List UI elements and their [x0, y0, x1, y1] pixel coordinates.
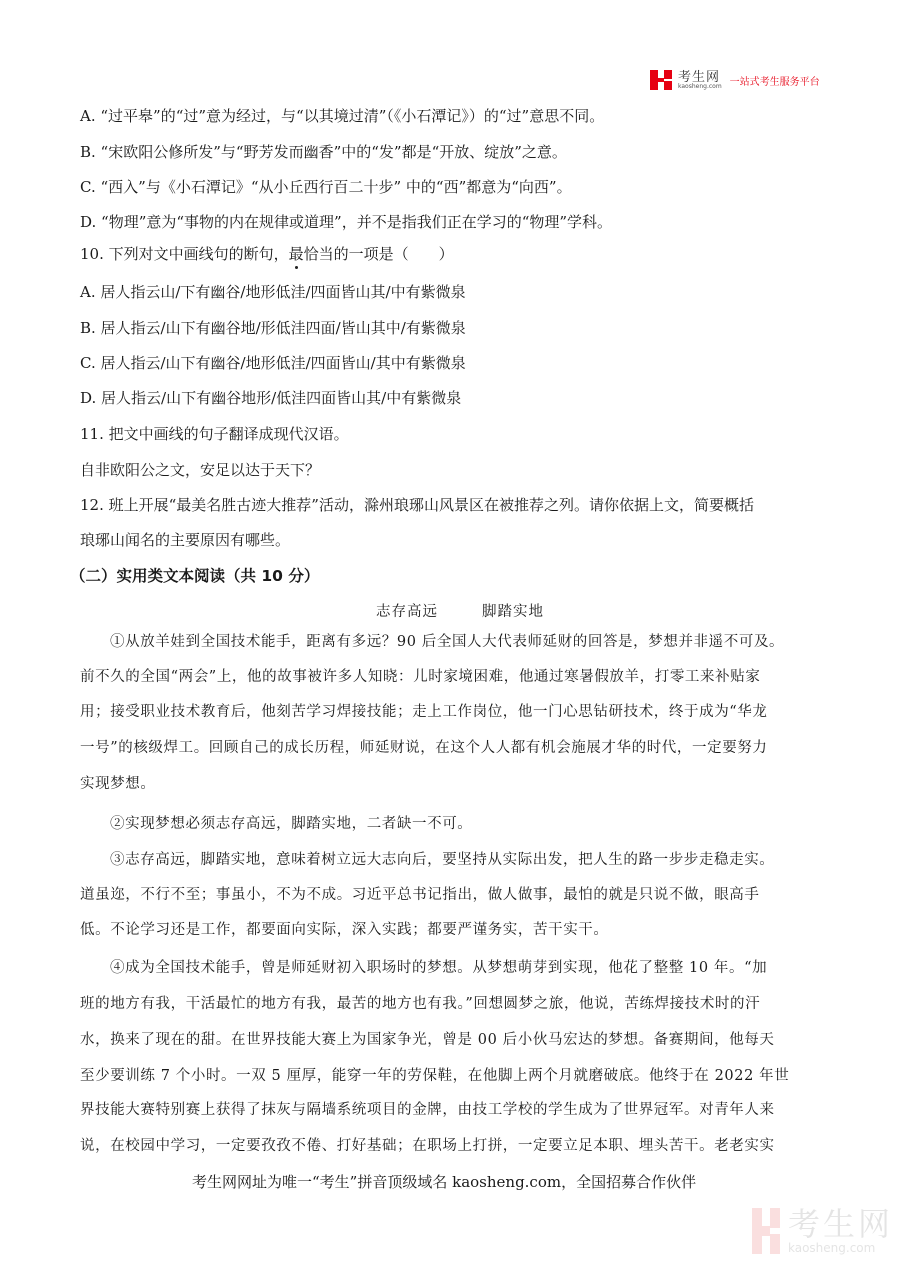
logo-en: kaosheng.com — [678, 84, 722, 90]
q10-option-a: A. 居人指云山/下有幽谷/地形低洼/四面皆山其/中有紫微泉 — [80, 282, 466, 302]
paragraph-line: 低。不论学习还是工作，都要面向实际，深入实践；都要严谨务实，苦干实干。 — [80, 920, 609, 940]
paragraph-line: 说，在校园中学习，一定要孜孜不倦、打好基础；在职场上打拼，一定要立足本职、埋头苦… — [80, 1136, 775, 1156]
q9-option-a: A. “过平皋”的“过”意为经过，与“以其境过清”（《小石潭记》）的“过”意思不… — [80, 106, 604, 126]
paragraph-line: 至少要训练 7 个小时。一双 5 厘厚，能穿一年的劳保鞋，在他脚上两个月就磨破底… — [80, 1066, 789, 1086]
paragraph-line: 一号”的核级焊工。回顾自己的成长历程，师延财说，在这个人人都有机会施展才华的时代… — [80, 738, 768, 758]
q10-stem-after: 恰当的一项是（ ） — [304, 245, 454, 263]
section-title: （二）实用类文本阅读（共 10 分） — [70, 566, 319, 586]
logo-slogan: 一站式考生服务平台 — [730, 73, 820, 88]
article-title-left: 志存高远 — [376, 604, 438, 620]
header-logo: 考生网 kaosheng.com 一站式考生服务平台 — [650, 70, 820, 90]
logo-cn: 考生网 — [678, 71, 722, 84]
q11-stem: 11. 把文中画线的句子翻译成现代汉语。 — [80, 424, 349, 444]
paragraph-line: 班的地方有我，干活最忙的地方有我，最苦的地方也有我。”回想圆梦之旅，他说，苦练焊… — [80, 994, 760, 1014]
q9-option-c: C. “西入”与《小石潭记》“从小丘西行百二十步” 中的“西”都意为“向西”。 — [80, 177, 572, 197]
watermark: 考生网 kaosheng.com — [752, 1208, 893, 1254]
paragraph-line: 水，换来了现在的甜。在世界技能大赛上为国家争光，曾是 00 后小伙马宏达的梦想。… — [80, 1030, 774, 1050]
q10-stem-before: 10. 下列对文中画线句的断句， — [80, 245, 289, 263]
paragraph-line: ②实现梦想必须志存高远，脚踏实地，二者缺一不可。 — [110, 814, 472, 834]
q9-option-d: D. “物理”意为“事物的内在规律或道理”，并不是指我们正在学习的“物理”学科。 — [80, 212, 612, 232]
q10-option-d: D. 居人指云/山下有幽谷地形/低洼四面皆山其/中有紫微泉 — [80, 388, 461, 408]
paragraph-line: ①从放羊娃到全国技术能手，距离有多远？90 后全国人大代表师延财的回答是，梦想并… — [110, 632, 784, 652]
paragraph-line: 道虽迩，不行不至；事虽小，不为不成。习近平总书记指出，做人做事，最怕的就是只说不… — [80, 885, 760, 905]
q12-line-1: 12. 班上开展“最美名胜古迹大推荐”活动，滁州琅琊山风景区在被推荐之列。请你依… — [80, 495, 754, 515]
q10-stem-emphasis: 最 — [289, 244, 304, 264]
q9-option-b: B. “宋欧阳公修所发”与“野芳发而幽香”中的“发”都是“开放、绽放”之意。 — [80, 142, 567, 162]
watermark-logo-icon — [752, 1208, 780, 1254]
paragraph-line: 实现梦想。 — [80, 774, 156, 794]
paragraph-line: 界技能大赛特别赛上获得了抹灰与隔墙系统项目的金牌，由技工学校的学生成为了世界冠军… — [80, 1100, 775, 1120]
q12-line-2: 琅琊山闻名的主要原因有哪些。 — [80, 530, 290, 550]
paragraph-line: ④成为全国技术能手，曾是师延财初入职场时的梦想。从梦想萌芽到实现，他花了整整 1… — [110, 958, 767, 978]
article-title: 志存高远脚踏实地 — [80, 600, 840, 621]
q11-sentence: 自非欧阳公之文，安足以达于天下？ — [80, 460, 320, 480]
q10-stem: 10. 下列对文中画线句的断句，最恰当的一项是（ ） — [80, 244, 454, 264]
article-title-right: 脚踏实地 — [482, 604, 544, 620]
kaosheng-logo-icon — [650, 70, 672, 90]
watermark-en: kaosheng.com — [788, 1242, 893, 1254]
logo-text: 考生网 kaosheng.com — [678, 71, 722, 90]
paragraph-line: 用；接受职业技术教育后，他刻苦学习焊接技能；走上工作岗位，他一门心思钻研技术，终… — [80, 702, 768, 722]
paragraph-line: 前不久的全国“两会”上，他的故事被许多人知晓：儿时家境困难，他通过寒暑假放羊，打… — [80, 667, 760, 687]
watermark-cn: 考生网 — [788, 1208, 893, 1240]
paragraph-line: ③志存高远，脚踏实地，意味着树立远大志向后，要坚持从实际出发，把人生的路一步步走… — [110, 850, 774, 870]
footer-text: 考生网网址为唯一“考生”拼音顶级域名 kaosheng.com，全国招募合作伙伴 — [192, 1172, 696, 1192]
q10-option-b: B. 居人指云/山下有幽谷地/形低洼四面/皆山其中/有紫微泉 — [80, 318, 466, 338]
watermark-text: 考生网 kaosheng.com — [788, 1208, 893, 1254]
q10-option-c: C. 居人指云/山下有幽谷/地形低洼/四面皆山/其中有紫微泉 — [80, 353, 466, 373]
